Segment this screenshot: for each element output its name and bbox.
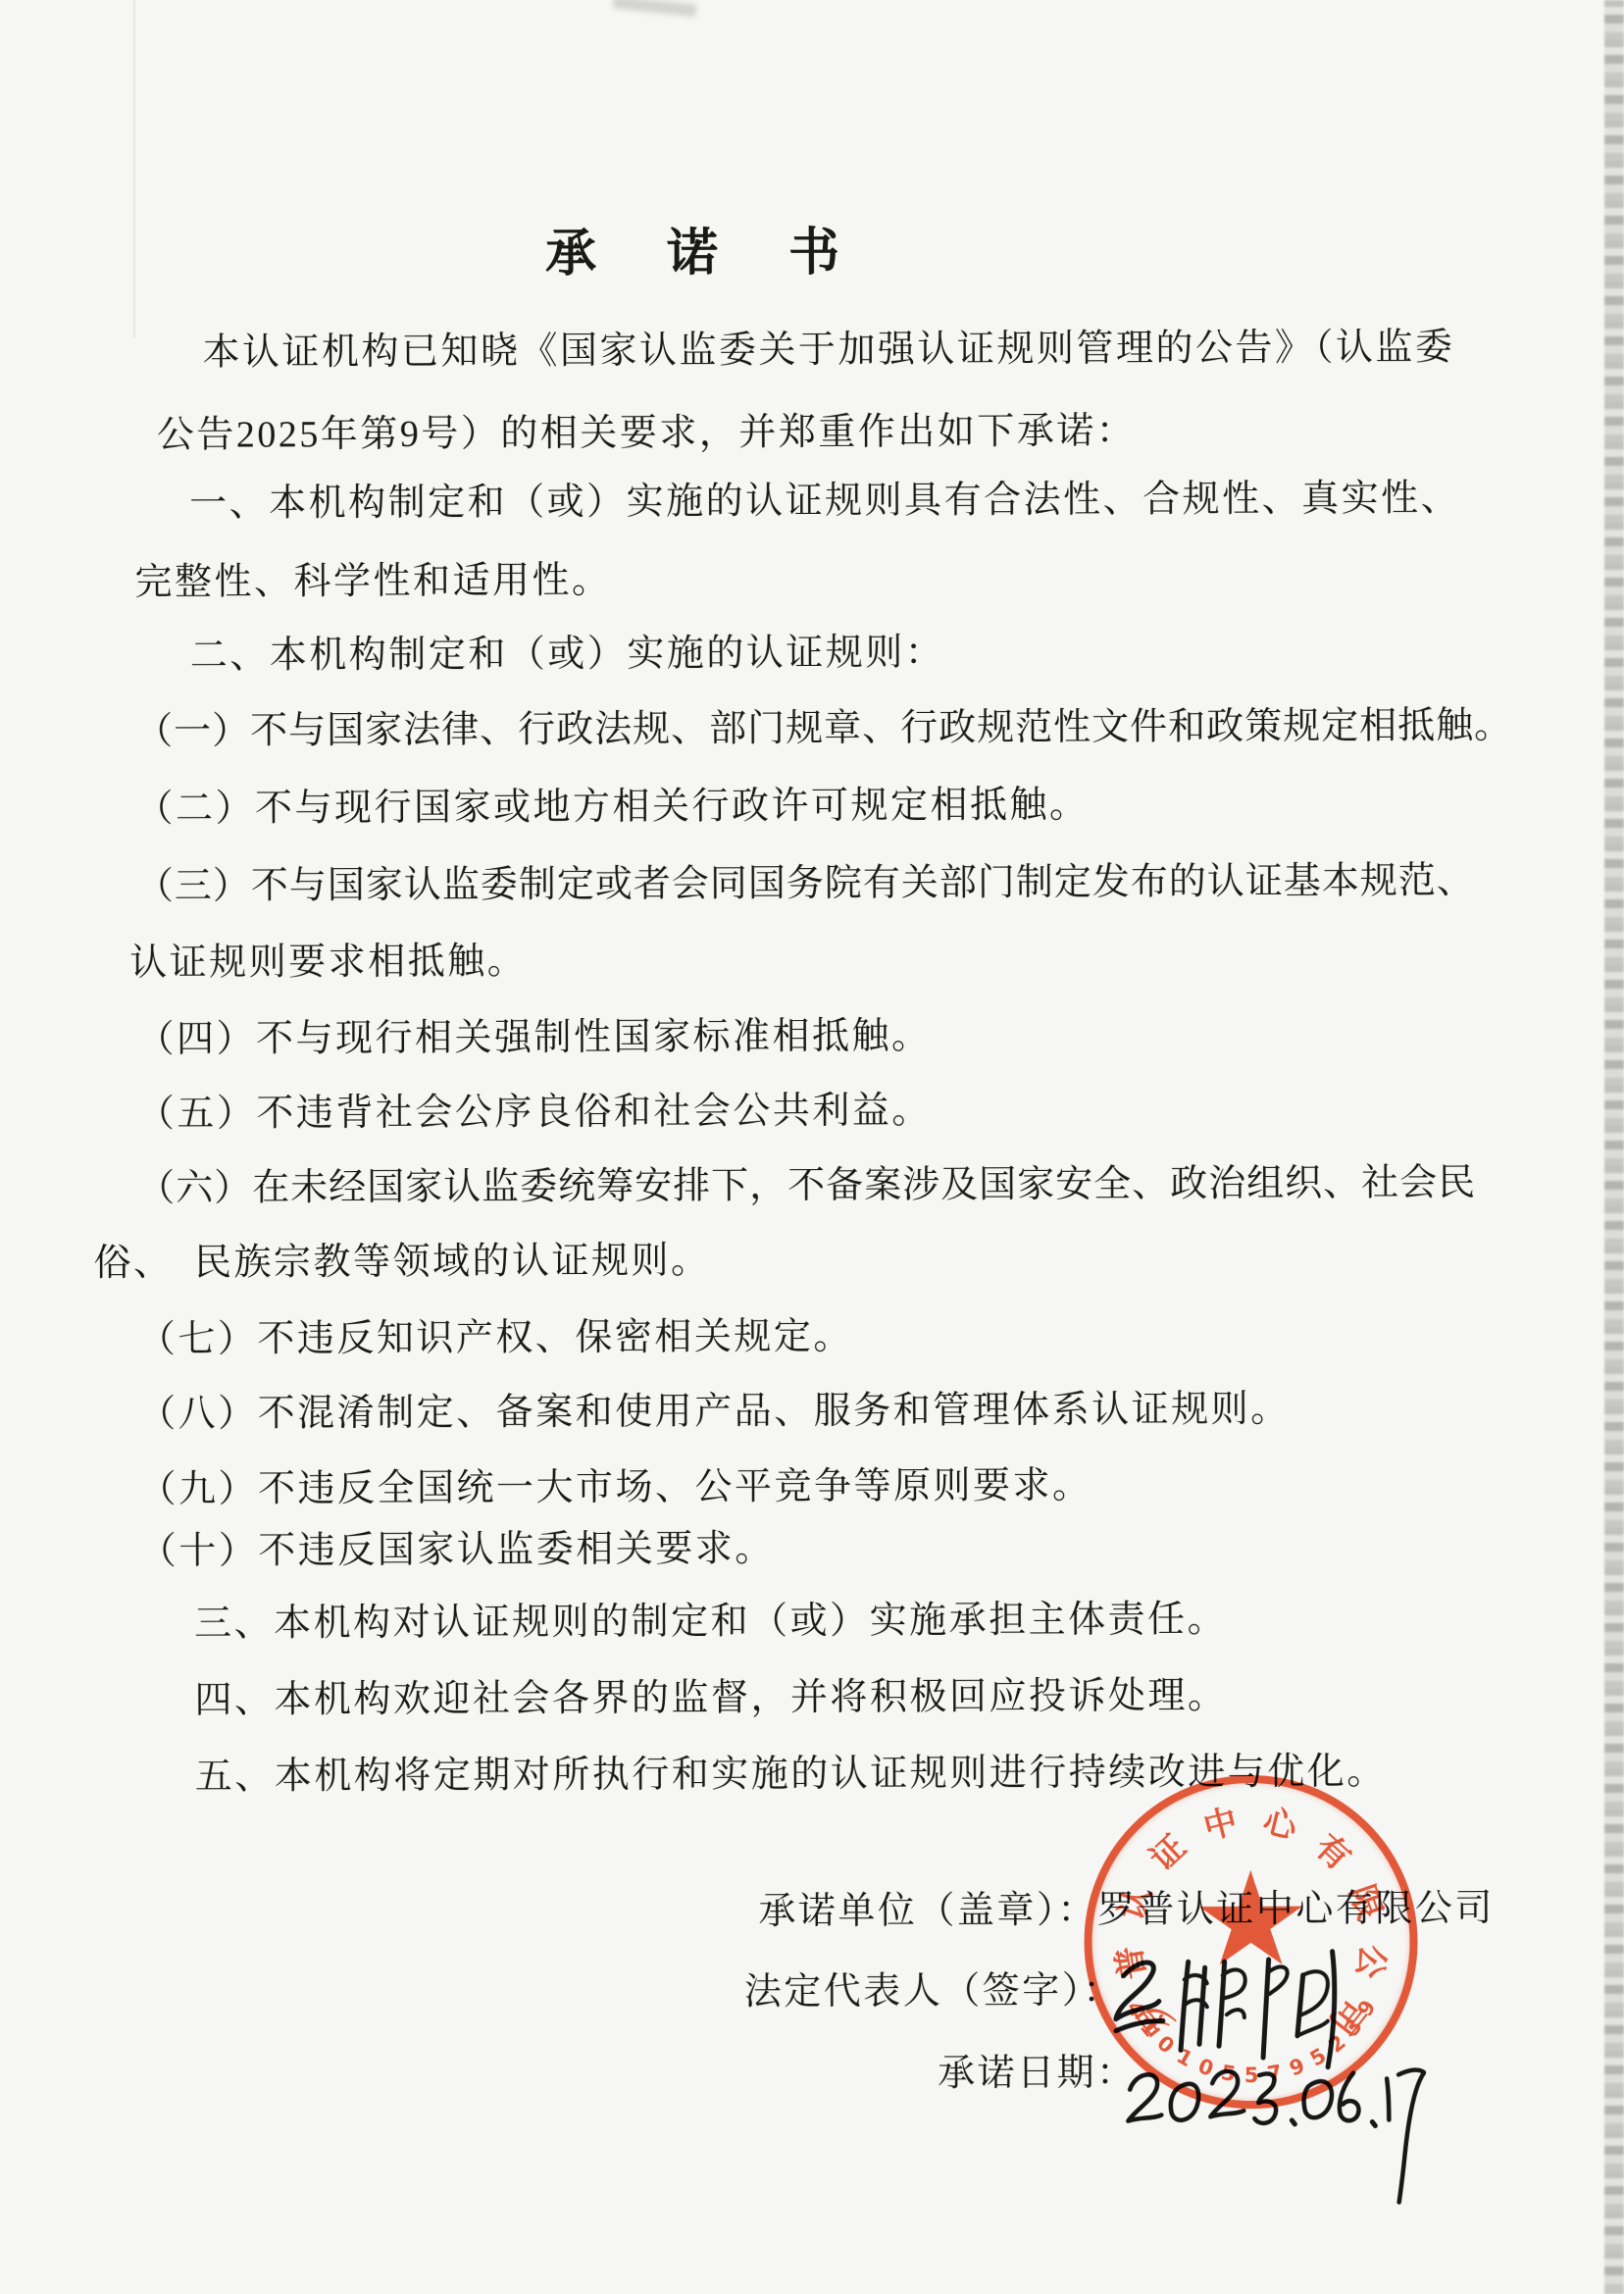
company-seal-stamp: 罗普认证中心有限公司 4101055795239 <box>1084 1774 1418 2109</box>
scan-edge-shadow <box>1604 0 1624 2294</box>
body-line: 三、本机构对认证规则的制定和（或）实施承担主体责任。 <box>194 1601 1227 1643</box>
body-line: 本认证机构已知晓《国家认监委关于加强认证规则管理的公告》（认监委 <box>202 329 1454 372</box>
body-line: （六）在未经国家认监委统筹安排下，不备案涉及国家安全、政治组织、社会民 <box>137 1164 1476 1207</box>
body-line: （十）不违反国家认监委相关要求。 <box>139 1530 775 1570</box>
legal-rep-line: 法定代表人（签字）： <box>744 1972 1123 2012</box>
seal-number-digit: 5 <box>1244 2064 1259 2087</box>
scan-fold-line <box>133 0 135 338</box>
body-line: （三）不与国家认监委制定或者会同国务院有关部门制定发布的认证基本规范、 <box>136 862 1475 905</box>
legal-rep-label: 法定代表人（签字）： <box>744 1970 1123 2014</box>
scanned-document-page: 承 诺 书 本认证机构已知晓《国家认监委关于加强认证规则管理的公告》（认监委 公… <box>0 0 1624 2294</box>
body-line: （七）不违反知识产权、保密相关规定。 <box>138 1318 853 1358</box>
body-line: 二、本机构制定和（或）实施的认证规则： <box>190 634 945 674</box>
body-line: 一、本机构制定和（或）实施的认证规则具有合法性、合规性、真实性、 <box>189 480 1460 523</box>
body-line: （九）不违反全国统一大市场、公平竞争等原则要求。 <box>138 1467 1091 1508</box>
body-line: 完整性、科学性和适用性。 <box>134 562 611 601</box>
body-line: （五）不违背社会公序良俗和社会公共利益。 <box>137 1092 932 1133</box>
body-line: （四）不与现行相关强制性国家标准相抵触。 <box>136 1017 931 1058</box>
body-line: （八）不混淆制定、备案和使用产品、服务和管理体系认证规则。 <box>138 1391 1291 1433</box>
body-line: 俗、 民族宗教等领域的认证规则。 <box>93 1242 710 1282</box>
body-line: 公告2025年第9号）的相关要求，并郑重作出如下承诺： <box>157 413 1137 454</box>
body-line: 认证规则要求相抵触。 <box>129 943 527 982</box>
document-content: 承 诺 书 本认证机构已知晓《国家认监委关于加强认证规则管理的公告》（认监委 公… <box>0 0 1624 2294</box>
body-line: （一）不与国家法律、行政法规、部门规章、行政规范性文件和政策规定相抵触。 <box>135 707 1512 750</box>
body-line: 四、本机构欢迎社会各界的监督，并将积极回应投诉处理。 <box>194 1677 1227 1719</box>
body-line: （二）不与现行国家或地方相关行政许可规定相抵触。 <box>135 787 1089 828</box>
document-title: 承 诺 书 <box>545 211 849 285</box>
sealed-by-label: 承诺单位（盖章）： <box>758 1890 1097 1933</box>
